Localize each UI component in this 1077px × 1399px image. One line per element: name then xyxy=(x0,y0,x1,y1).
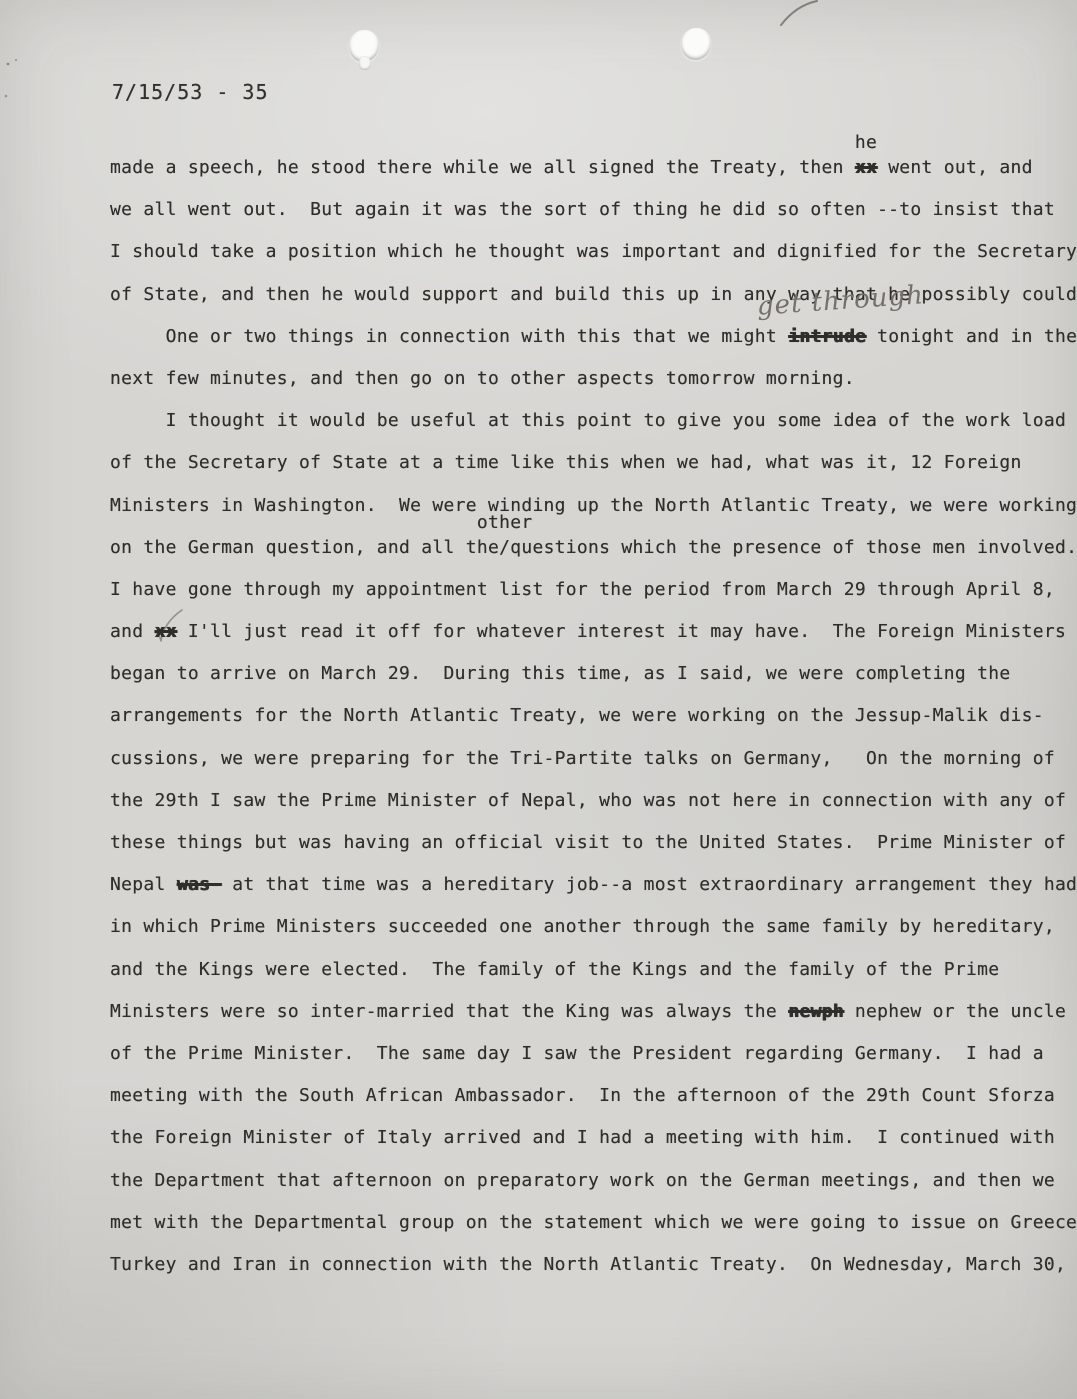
text-line: met with the Departmental group on the s… xyxy=(110,1212,1075,1254)
page-header-date: 7/15/53 - 35 xyxy=(112,80,269,104)
text-line: began to arrive on March 29. During this… xyxy=(110,663,1075,705)
text-line: we all went out. But again it was the so… xyxy=(110,199,1075,241)
typed-insertion: he xyxy=(855,132,877,153)
text-line: Nepal was- at that time was a hereditary… xyxy=(110,874,1075,916)
text-line: Turkey and Iran in connection with the N… xyxy=(110,1254,1075,1296)
struck-text: xx xyxy=(154,621,176,642)
struck-text: xx xyxy=(855,157,877,178)
text-line: cussions, we were preparing for the Tri-… xyxy=(110,748,1075,790)
text-line: made a speech, he stood there while we a… xyxy=(110,157,1075,199)
text-line: and the Kings were elected. The family o… xyxy=(110,959,1075,1001)
text-line: I thought it would be useful at this poi… xyxy=(110,410,1075,452)
punch-hole-right xyxy=(681,28,711,60)
text-line: in which Prime Ministers succeeded one a… xyxy=(110,916,1075,958)
text-line: I have gone through my appointment list … xyxy=(110,579,1075,621)
document-page: 7/15/53 - 35 made a speech, he stood the… xyxy=(0,0,1077,1399)
text-line: arrangements for the North Atlantic Trea… xyxy=(110,705,1075,747)
struck-text: intrude xyxy=(788,326,866,347)
text-line: the 29th I saw the Prime Minister of Nep… xyxy=(110,790,1075,832)
pencil-corner-mark xyxy=(775,0,819,26)
document-body: made a speech, he stood there while we a… xyxy=(110,157,1075,1296)
text-line: of State, and then he would support and … xyxy=(110,284,1075,326)
text-line: of the Prime Minister. The same day I sa… xyxy=(110,1043,1075,1085)
text-line: these things but was having an official … xyxy=(110,832,1075,874)
text-line: of the Secretary of State at a time like… xyxy=(110,452,1075,494)
text-line: on the German question, and all theother… xyxy=(110,537,1075,579)
text-line: I should take a position which he though… xyxy=(110,241,1075,283)
text-line: Ministers were so inter-married that the… xyxy=(110,1001,1075,1043)
text-line: meeting with the South African Ambassado… xyxy=(110,1085,1075,1127)
punch-hole-left xyxy=(349,30,379,62)
text-line: One or two things in connection with thi… xyxy=(110,326,1075,368)
text-line: and xx I'll just read it off for whateve… xyxy=(110,621,1075,663)
struck-text: was- xyxy=(177,874,221,895)
text-line: the Foreign Minister of Italy arrived an… xyxy=(110,1127,1075,1169)
text-line: Ministers in Washington. We were winding… xyxy=(110,495,1075,537)
struck-text: newph xyxy=(788,1001,844,1022)
text-line: the Department that afternoon on prepara… xyxy=(110,1170,1075,1212)
pencil-specks xyxy=(0,50,30,120)
typed-insertion: other xyxy=(477,512,533,533)
text-line: next few minutes, and then go on to othe… xyxy=(110,368,1075,410)
